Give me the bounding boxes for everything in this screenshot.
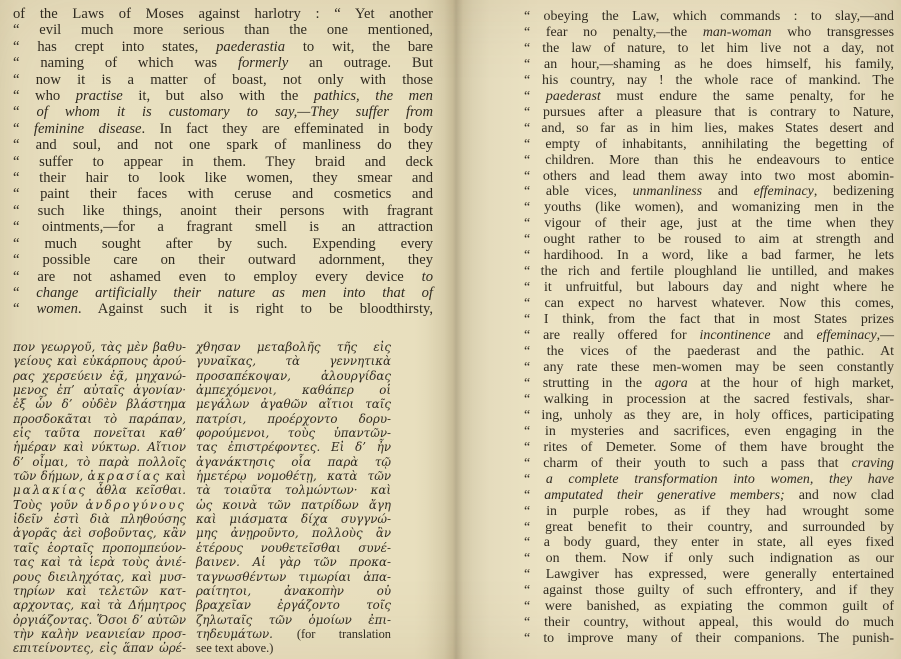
text-line: “ others and lead them away into two mos… (524, 169, 894, 185)
text-line: “ in mysteries and sacrifices, even enga… (524, 424, 894, 440)
text-line: ἀγορᾶς ἀεὶ σοβοῦντας, κἂν (13, 526, 186, 540)
left-page-greek-column-1: πον γεωργοῦ, τὰς μὲν βαθυ-γείους καὶ εὐκ… (13, 340, 186, 656)
text-line: “ much sought after by such. Expending e… (13, 236, 433, 252)
book-spread: of the Laws of Moses against harlotry : … (0, 0, 901, 659)
text-line: “ were banished, as expiating the common… (524, 599, 894, 615)
text-line: μαλακίας ἆθλα κεῖσθαι. (13, 483, 186, 497)
text-line: ὡς κοινὰ τῶν πατρίδων ἄγη (196, 498, 391, 512)
text-line: “ able vices, unmanliness and effeminacy… (524, 184, 894, 200)
text-line: ἰδεῖν ἐστὶ διὰ πληθούσης (13, 512, 186, 526)
text-line: χθησαν μεταβολῆς τῆς εἰς (196, 340, 391, 354)
left-page-english-paragraph: of the Laws of Moses against harlotry : … (13, 6, 433, 318)
text-line: ἑτέρους νουθετεῖσθαι συνέ- (196, 541, 391, 555)
text-line: “ obeying the Law, which commands : to s… (524, 9, 894, 25)
text-line: “ fear no penalty,—the man-woman who tra… (524, 25, 894, 41)
text-line: “ it unfruitful, but labours day and nig… (524, 280, 894, 296)
text-line: “ charm of their youth to such a pass th… (524, 456, 894, 472)
text-line: “ can expect no harvest whatever. Now th… (524, 296, 894, 312)
text-line: “ paederast must endure the same penalty… (524, 89, 894, 105)
text-line: δ’ οἶμαι, τὸ παρὰ πολλοῖς (13, 455, 186, 469)
text-line: ραίτητοι, ἀνακοπὴν οὐ (196, 584, 391, 598)
text-line: “ their hair to look like women, they sm… (13, 170, 433, 186)
text-line: ζηλωταῖς τῶν ὁμοίων ἐπι- (196, 613, 391, 627)
text-line: πον γεωργοῦ, τὰς μὲν βαθυ- (13, 340, 186, 354)
text-line: “ the law of nature, to let him live not… (524, 41, 894, 57)
text-line: προσαπέκοψαν, ἁλουργίδας (196, 369, 391, 383)
text-line: “ paint their faces with ceruse and cosm… (13, 186, 433, 202)
text-line: προσδοκᾶται τὸ παράπαν, (13, 412, 186, 426)
text-line: “ a body guard, they enter in state, all… (524, 535, 894, 551)
text-line: “ evil much more serious than the one me… (13, 22, 433, 38)
text-line: “ ointments,—for a fragrant smell is an … (13, 219, 433, 235)
text-line: τηδευμάτων. (for translation (196, 627, 391, 641)
text-line: “ women. Against such it is right to be … (13, 301, 433, 317)
text-line: “ great benefit to their country, and su… (524, 520, 894, 536)
text-line: “ Lawgiver has expressed, were generally… (524, 567, 894, 583)
text-line: “ against those guilty of such effronter… (524, 583, 894, 599)
text-line: “ to improve many of their companions. T… (524, 631, 894, 647)
text-line: “ an hour,—shaming as he does himself, h… (524, 57, 894, 73)
text-line: “ amputated their generative members; an… (524, 488, 894, 504)
text-line: “ any rate these men-women may be seen c… (524, 360, 894, 376)
text-line: καὶ μιάσματα δίχα συγγνώ- (196, 512, 391, 526)
text-line: ταγνωσθέντων τιμωρίαι ἀπα- (196, 570, 391, 584)
text-line: of the Laws of Moses against harlotry : … (13, 6, 433, 22)
text-line: “ has crept into states, paederastia to … (13, 39, 433, 55)
text-line: “ vigour of their age, just at the time … (524, 216, 894, 232)
text-line: αρχοντας, καὶ τὰ Δήμητρος (13, 598, 186, 612)
text-line: “ are really offered for incontinence an… (524, 328, 894, 344)
text-line: “ feminine disease. In fact they are eff… (13, 121, 433, 137)
text-line: ἐξ ὧν δ’ οὐδὲν βλάστημα (13, 397, 186, 411)
text-line: ἡμετέρῳ νομοθέτῃ, κατὰ τῶν (196, 469, 391, 483)
text-line: “ rites of Demeter. Some of them have br… (524, 440, 894, 456)
text-line: γείους καὶ εὐκάρπους ἀρού- (13, 354, 186, 368)
text-line: “ ought rather to be roused to aim at st… (524, 232, 894, 248)
text-line: “ I think, from the fact that in most St… (524, 312, 894, 328)
text-line: τας ἐπιστρέφοντες. Εἰ δ’ ἦν (196, 440, 391, 454)
text-line: ταῖς ἑορταῖς προπομπεύον- (13, 541, 186, 555)
text-line: “ ing, unholy as they are, in holy offic… (524, 408, 894, 424)
page-gutter-shadow (426, 0, 490, 659)
text-line: “ the vices of the paederast and the pat… (524, 344, 894, 360)
text-line: επιτείνοντες, εἰς ἅπαν ὠρέ- (13, 641, 186, 655)
text-line: ρας χερσεύειν ἐᾷ, μηχανώ- (13, 369, 186, 383)
text-line: “ strutting in the agora at the hour of … (524, 376, 894, 392)
text-line: “ such like things, anoint their persons… (13, 203, 433, 219)
text-line: “ naming of which was formerly an outrag… (13, 55, 433, 71)
text-line: “ suffer to appear in them. They braid a… (13, 154, 433, 170)
text-line: see text above.) (196, 641, 391, 655)
text-line: “ pursues after a pleasure that is contr… (524, 105, 894, 121)
text-line: φορούμενοι, τοὺς ὑπαντῶν- (196, 426, 391, 440)
text-line: Τοὺς γοῦν ἀνδρογύνους (13, 498, 186, 512)
text-line: ὀργιάζοντας. Ὅσοι δ’ αὐτῶν (13, 613, 186, 627)
text-line: “ now it is a matter of boast, not only … (13, 72, 433, 88)
text-line: εἰς ταῦτα πονεῖται καθ’ (13, 426, 186, 440)
text-line: “ possible care on their outward adornme… (13, 252, 433, 268)
text-line: “ in purple robes, as if they had wrough… (524, 504, 894, 520)
text-line: “ of whom it is customary to say,—They s… (13, 104, 433, 120)
text-line: μης ἀνῃροῦντο, πολλοὺς ἂν (196, 526, 391, 540)
text-line: “ on them. Now if only such indignation … (524, 551, 894, 567)
text-line: “ the rich and fertile ploughland lie un… (524, 264, 894, 280)
text-line: γυναῖκας, τὰ γεννητικὰ (196, 354, 391, 368)
text-line: βαινεν. Αἱ γὰρ τῶν προκα- (196, 555, 391, 569)
text-line: “ children. More than this he endeavours… (524, 153, 894, 169)
text-line: τὴν καλὴν νεανιείαν προσ- (13, 627, 186, 641)
text-line: βραχεῖαν ἐργάζοντο τοῖς (196, 598, 391, 612)
text-line: “ hardihood. In a word, like a bad farme… (524, 248, 894, 264)
text-line: “ and soul, and not one spark of manline… (13, 137, 433, 153)
text-line: ἀμπεχόμενοι, καθάπερ οἱ (196, 383, 391, 397)
text-line: “ and, so far as in him lies, makes Stat… (524, 121, 894, 137)
right-page-english-paragraph: “ obeying the Law, which commands : to s… (524, 9, 894, 647)
text-line: ρους διειληχότας, καὶ μυσ- (13, 570, 186, 584)
text-line: τηρίων καὶ τελετῶν κατ- (13, 584, 186, 598)
text-line: “ his country, nay ! the whole race of m… (524, 73, 894, 89)
text-line: “ are not ashamed even to employ every d… (13, 269, 433, 285)
text-line: “ their country, without appeal, this wo… (524, 615, 894, 631)
text-line: “ youths (like women), and womanizing me… (524, 200, 894, 216)
text-line: τῶν δήμων, ἀκρασίας καὶ (13, 469, 186, 483)
text-line: μενος ἐπ’ αὐταῖς ἀγονίαν· (13, 383, 186, 397)
text-line: τὰ τοιαῦτα τολμώντων· καὶ (196, 483, 391, 497)
text-line: πατρίσι, προέρχοντο δορυ- (196, 412, 391, 426)
text-line: “ change artificially their nature as me… (13, 285, 433, 301)
text-line: “ a complete transformation into women, … (524, 472, 894, 488)
left-page-greek-column-2: χθησαν μεταβολῆς τῆς εἰςγυναῖκας, τὰ γεν… (196, 340, 391, 656)
text-line: ἡμέραν καὶ νύκτωρ. Αἴτιον (13, 440, 186, 454)
text-line: “ walking in procession at the sacred fe… (524, 392, 894, 408)
text-line: τας καὶ τὰ ἱερὰ τοὺς ἀνιέ- (13, 555, 186, 569)
text-line: μεγάλων ἀγαθῶν αἴτιοι ταῖς (196, 397, 391, 411)
text-line: ἀγανάκτησις οἷα παρὰ τῷ (196, 455, 391, 469)
text-line: “ empty of inhabitants, annihilating the… (524, 137, 894, 153)
text-line: “ who practise it, but also with the pat… (13, 88, 433, 104)
